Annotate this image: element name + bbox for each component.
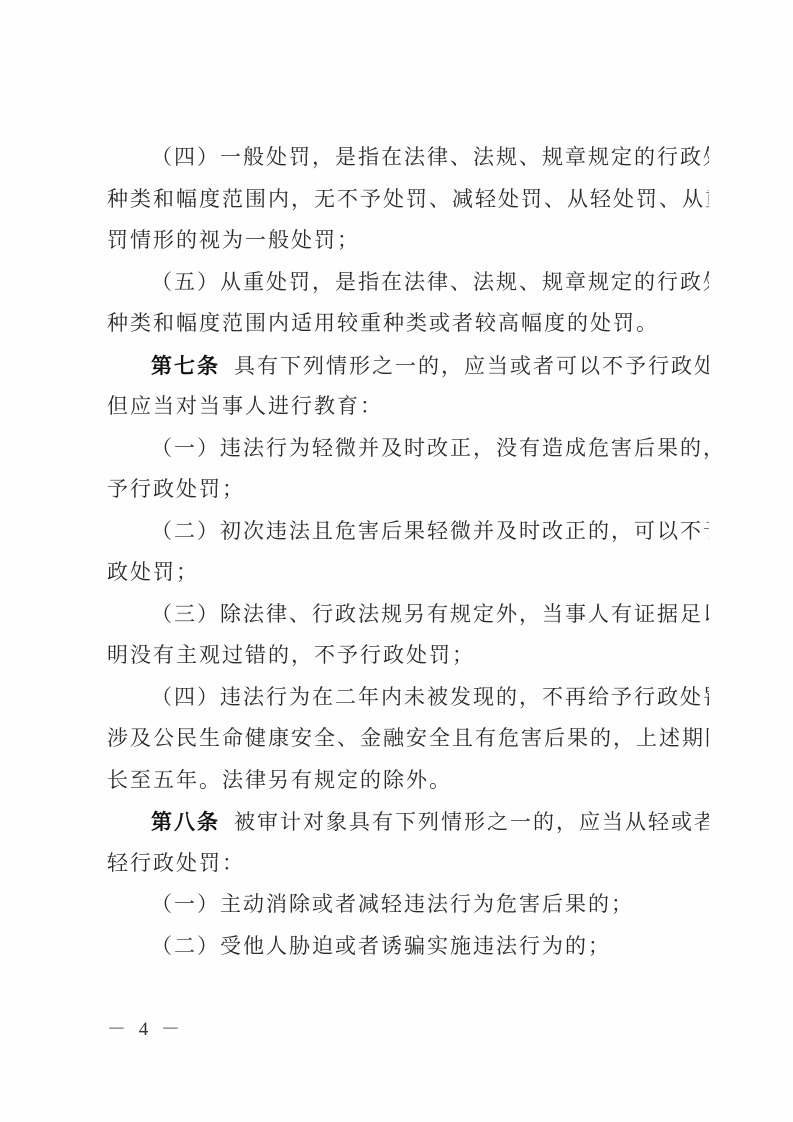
text-line: 但应当对当事人进行教育：: [107, 386, 709, 428]
text-line: （五）从重处罚，是指在法律、法规、规章规定的行政处罚: [107, 262, 709, 304]
document-page: （四）一般处罚，是指在法律、法规、规章规定的行政处罚 种类和幅度范围内，无不予处…: [0, 0, 793, 1122]
article-7-heading-line: 第七条具有下列情形之一的，应当或者可以不予行政处罚，: [107, 345, 709, 387]
text-line: 轻行政处罚：: [107, 843, 709, 885]
text-line: 罚情形的视为一般处罚；: [107, 220, 709, 262]
text-line: 长至五年。法律另有规定的除外。: [107, 760, 709, 802]
article-text: 具有下列情形之一的，应当或者可以不予行政处罚，: [234, 354, 709, 378]
article-text: 被审计对象具有下列情形之一的，应当从轻或者减: [234, 810, 709, 834]
text-line: 种类和幅度范围内适用较重种类或者较高幅度的处罚。: [107, 303, 709, 345]
text-line: （二）受他人胁迫或者诱骗实施违法行为的；: [107, 926, 709, 968]
text-line: 予行政处罚；: [107, 469, 709, 511]
article-8-heading-line: 第八条被审计对象具有下列情形之一的，应当从轻或者减: [107, 801, 709, 843]
text-line: 种类和幅度范围内，无不予处罚、减轻处罚、从轻处罚、从重处: [107, 179, 709, 221]
text-line: （二）初次违法且危害后果轻微并及时改正的，可以不予行: [107, 511, 709, 553]
text-line: （三）除法律、行政法规另有规定外，当事人有证据足以证: [107, 594, 709, 636]
page-number: － 4 －: [107, 1014, 184, 1041]
text-line: 明没有主观过错的，不予行政处罚；: [107, 635, 709, 677]
text-line: （四）一般处罚，是指在法律、法规、规章规定的行政处罚: [107, 137, 709, 179]
text-line: （一）违法行为轻微并及时改正，没有造成危害后果的，不: [107, 428, 709, 470]
text-line: （一）主动消除或者减轻违法行为危害后果的；: [107, 884, 709, 926]
article-number: 第七条: [151, 353, 220, 378]
text-line: （四）违法行为在二年内未被发现的，不再给予行政处罚；: [107, 677, 709, 719]
text-line: 涉及公民生命健康安全、金融安全且有危害后果的，上述期限延: [107, 718, 709, 760]
article-number: 第八条: [151, 809, 220, 834]
document-body: （四）一般处罚，是指在法律、法规、规章规定的行政处罚 种类和幅度范围内，无不予处…: [107, 137, 709, 967]
text-line: 政处罚；: [107, 552, 709, 594]
